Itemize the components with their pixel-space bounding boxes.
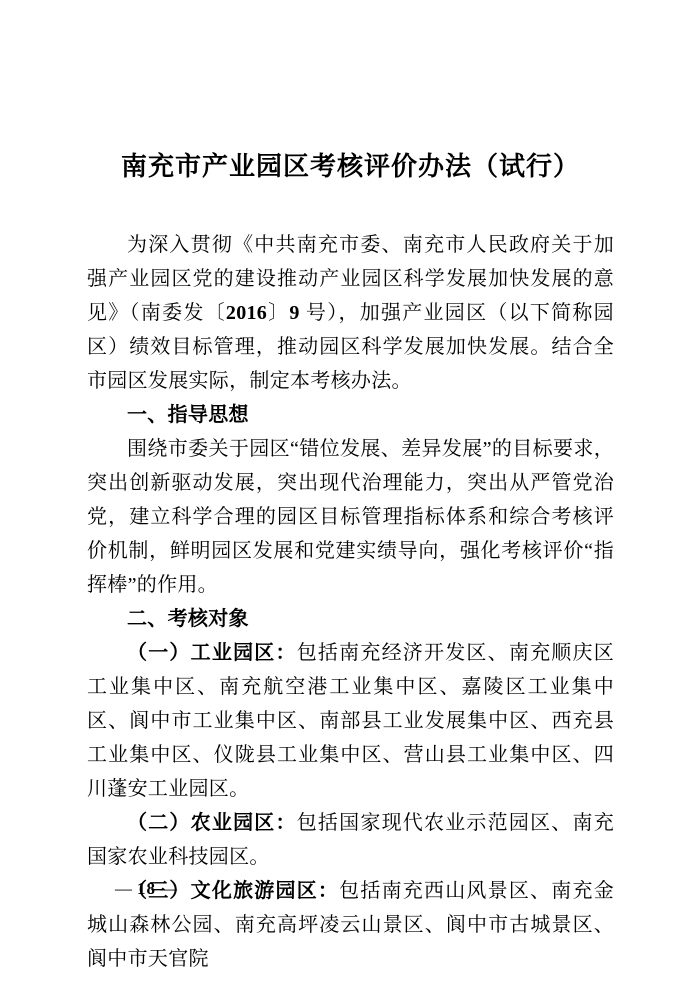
page-number-right-dash: — xyxy=(156,879,182,898)
section-heading-2: 二、考核对象 xyxy=(87,602,614,636)
intro-doc-number: 9 xyxy=(289,302,299,324)
document-title: 南充市产业园区考核评价办法（试行） xyxy=(87,150,614,183)
section-heading-1: 一、指导思想 xyxy=(87,398,614,432)
section-1-paragraph: 围绕市委关于园区“错位发展、差异发展”的目标要求，突出创新驱动发展，突出现代治理… xyxy=(87,432,614,602)
list-item-agricultural-parks: （二）农业园区：包括国家现代农业示范园区、南充国家农业科技园区。 xyxy=(87,806,614,874)
document-page: 南充市产业园区考核评价办法（试行） 为深入贯彻《中共南充市委、南充市人民政府关于… xyxy=(0,0,700,990)
list-item-label: （一）工业园区： xyxy=(127,642,297,664)
page-number-value: 18 xyxy=(137,879,156,898)
page-number-left-dash: — xyxy=(111,879,137,898)
intro-year-number: 2016 xyxy=(226,302,267,324)
list-item-label: （二）农业园区： xyxy=(127,812,297,834)
list-item-text: 包括南充经济开发区、南充顺庆区工业集中区、南充航空港工业集中区、嘉陵区工业集中区… xyxy=(87,642,614,800)
intro-text-2: 〕 xyxy=(267,302,289,324)
page-number: —18— xyxy=(111,879,182,899)
document-content: 南充市产业园区考核评价办法（试行） 为深入贯彻《中共南充市委、南充市人民政府关于… xyxy=(87,150,614,976)
intro-paragraph: 为深入贯彻《中共南充市委、南充市人民政府关于加强产业园区党的建设推动产业园区科学… xyxy=(87,228,614,398)
list-item-industrial-parks: （一）工业园区：包括南充经济开发区、南充顺庆区工业集中区、南充航空港工业集中区、… xyxy=(87,636,614,806)
